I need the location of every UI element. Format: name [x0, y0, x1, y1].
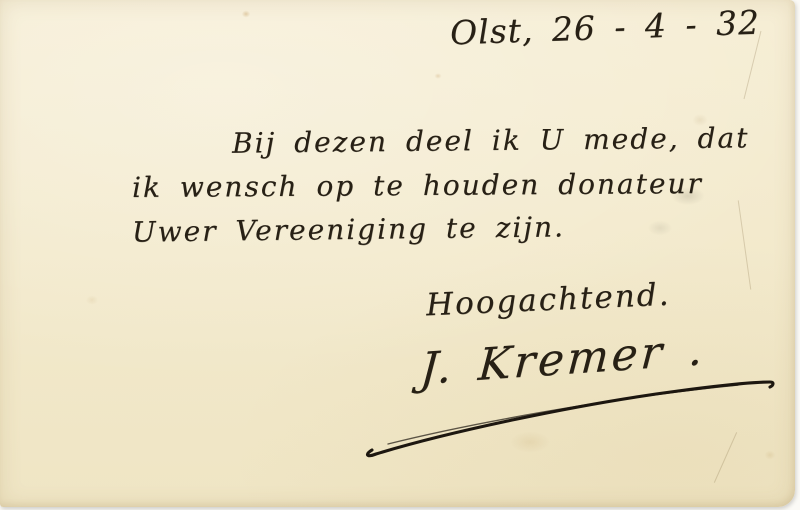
body-line-1: Bij dezen deel ik U mede, dat [232, 121, 750, 159]
postcard: Olst, 26 - 4 - 32 Bij dezen deel ik U me… [0, 0, 795, 507]
body-line-2: ik wensch op te houden donateur [132, 167, 703, 204]
body-line-3: Uwer Vereeniging te zijn. [132, 210, 565, 248]
crease-mark [714, 432, 737, 483]
crease-mark [738, 200, 752, 289]
paper-stains [0, 0, 795, 507]
closing-salutation: Hoogachtend. [425, 277, 671, 324]
signature: J. Kremer . [419, 324, 708, 395]
date-line: Olst, 26 - 4 - 32 [449, 3, 760, 53]
